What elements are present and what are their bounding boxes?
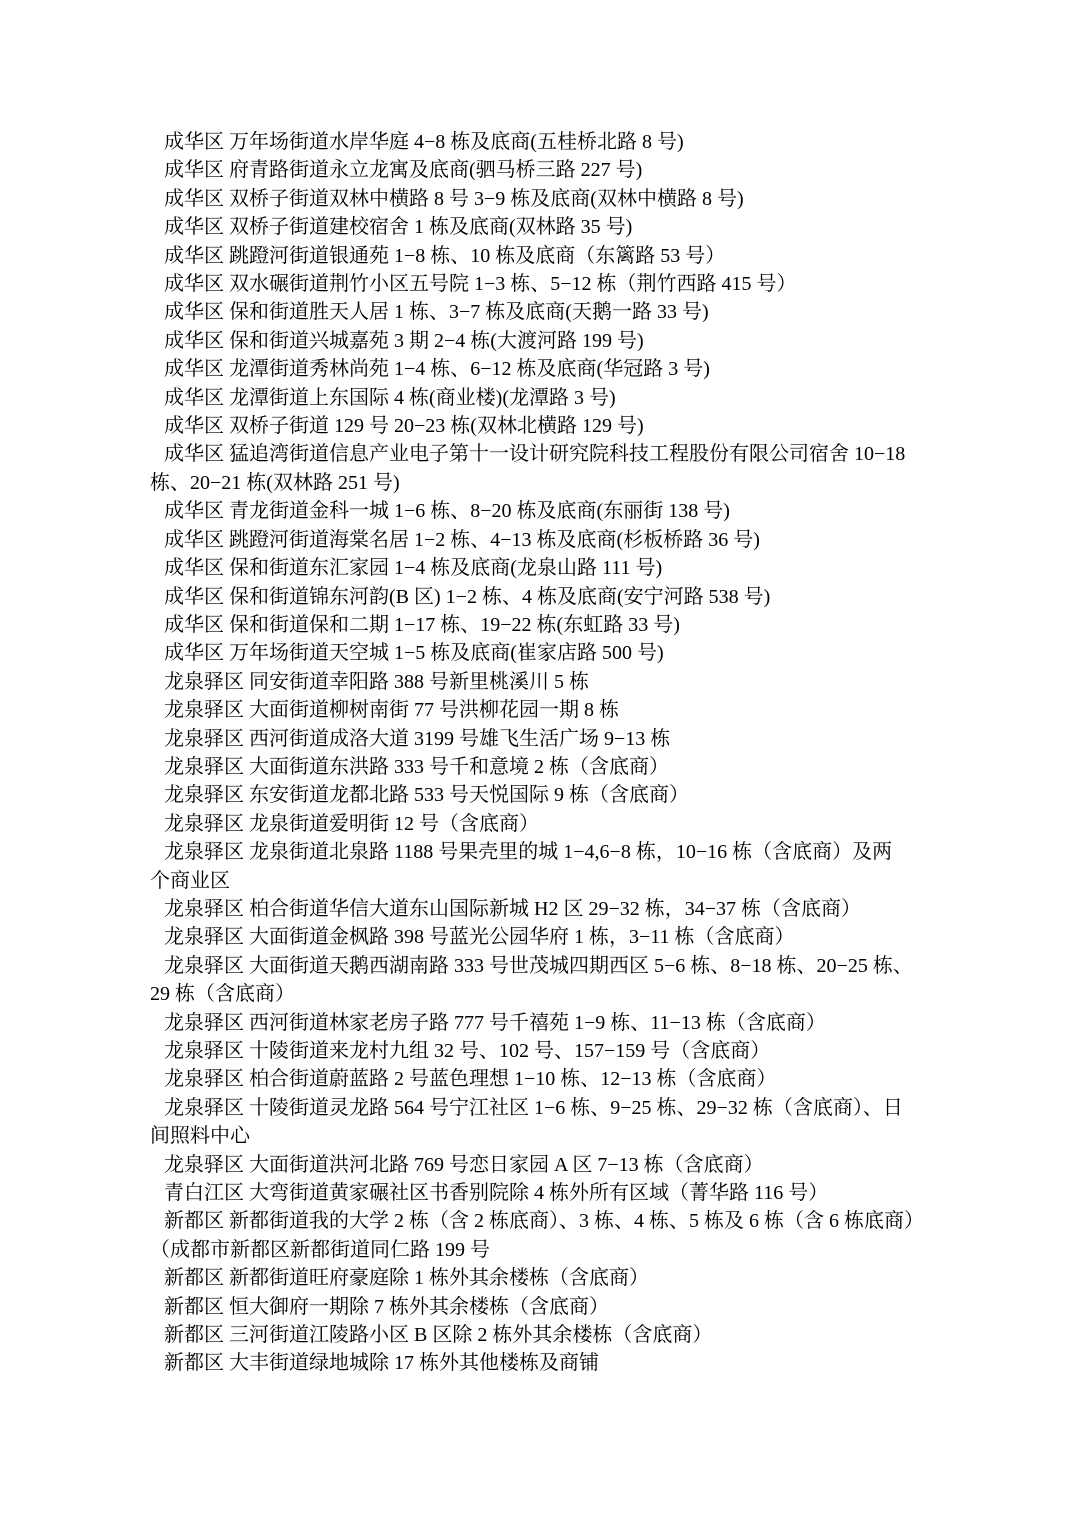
list-entry: 成华区 府青路街道永立龙寓及底商(驷马桥三路 227 号): [150, 156, 950, 184]
entry-text-continued: 间照料中心: [150, 1125, 250, 1147]
list-entry: 成华区 双桥子街道双林中横路 8 号 3−9 栋及底商(双林中横路 8 号): [150, 185, 950, 213]
entry-district: 青白江区: [164, 1182, 244, 1204]
entry-district: 成华区: [164, 216, 224, 238]
entry-text: 恒大御府一期除 7 栋外其余楼栋（含底商）: [229, 1296, 609, 1318]
entry-district: 成华区: [164, 188, 224, 210]
list-entry: 龙泉驿区 大面街道天鹅西湖南路 333 号世茂城四期西区 5−6 栋、8−18 …: [150, 952, 950, 1009]
list-entry: 龙泉驿区 大面街道洪河北路 769 号恋日家园 A 区 7−13 栋（含底商）: [150, 1151, 950, 1179]
entry-text: 新都街道旺府豪庭除 1 栋外其余楼栋（含底商）: [229, 1267, 649, 1289]
list-entry: 龙泉驿区 十陵街道来龙村九组 32 号、102 号、157−159 号（含底商）: [150, 1037, 950, 1065]
list-entry: 成华区 龙潭街道上东国际 4 栋(商业楼)(龙潭路 3 号): [150, 384, 950, 412]
list-entry: 龙泉驿区 大面街道柳树南街 77 号洪柳花园一期 8 栋: [150, 696, 950, 724]
entry-text: 猛追湾街道信息产业电子第十一设计研究院科技工程股份有限公司宿舍 10−18: [229, 443, 905, 465]
entry-text: 大面街道金枫路 398 号蓝光公园华府 1 栋，3−11 栋（含底商）: [249, 926, 795, 948]
entry-text: 龙泉街道爱明街 12 号（含底商）: [249, 813, 539, 835]
entry-text: 大面街道洪河北路 769 号恋日家园 A 区 7−13 栋（含底商）: [249, 1154, 764, 1176]
entry-district: 成华区: [164, 358, 224, 380]
entry-text: 万年场街道天空城 1−5 栋及底商(崔家店路 500 号): [229, 642, 664, 664]
list-entry: 新都区 新都街道旺府豪庭除 1 栋外其余楼栋（含底商）: [150, 1264, 950, 1292]
list-entry: 成华区 双水碾街道荆竹小区五号院 1−3 栋、5−12 栋（荆竹西路 415 号…: [150, 270, 950, 298]
entry-district: 新都区: [164, 1210, 224, 1232]
list-entry: 成华区 跳蹬河街道银通苑 1−8 栋、10 栋及底商（东篱路 53 号）: [150, 242, 950, 270]
entry-text: 万年场街道水岸华庭 4−8 栋及底商(五桂桥北路 8 号): [229, 131, 684, 153]
entry-district: 龙泉驿区: [164, 813, 244, 835]
entry-text: 大丰街道绿地城除 17 栋外其他楼栋及商铺: [229, 1352, 599, 1374]
entry-text-continued: 29 栋（含底商）: [150, 983, 295, 1005]
entry-district: 成华区: [164, 330, 224, 352]
entry-text: 三河街道江陵路小区 B 区除 2 栋外其余楼栋（含底商）: [229, 1324, 712, 1346]
entry-text-continued: （成都市新都区新都街道同仁路 199 号: [150, 1239, 490, 1261]
list-entry: 龙泉驿区 柏合街道蔚蓝路 2 号蓝色理想 1−10 栋、12−13 栋（含底商）: [150, 1065, 950, 1093]
entry-district: 龙泉驿区: [164, 926, 244, 948]
list-entry: 成华区 双桥子街道建校宿舍 1 栋及底商(双林路 35 号): [150, 213, 950, 241]
list-entry: 龙泉驿区 大面街道东洪路 333 号千和意境 2 栋（含底商）: [150, 753, 950, 781]
entry-district: 新都区: [164, 1352, 224, 1374]
list-entry: 成华区 保和街道保和二期 1−17 栋、19−22 栋(东虹路 33 号): [150, 611, 950, 639]
entry-district: 成华区: [164, 557, 224, 579]
entry-district: 成华区: [164, 443, 224, 465]
list-entry: 新都区 新都街道我的大学 2 栋（含 2 栋底商）、3 栋、4 栋、5 栋及 6…: [150, 1207, 950, 1264]
entry-text-continued: 个商业区: [150, 870, 230, 892]
entry-district: 成华区: [164, 301, 224, 323]
entry-district: 成华区: [164, 131, 224, 153]
entry-text: 龙泉街道北泉路 1188 号果壳里的城 1−4,6−8 栋，10−16 栋（含底…: [249, 841, 892, 863]
entry-text: 跳蹬河街道银通苑 1−8 栋、10 栋及底商（东篱路 53 号）: [229, 245, 725, 267]
entry-text: 双水碾街道荆竹小区五号院 1−3 栋、5−12 栋（荆竹西路 415 号）: [229, 273, 797, 295]
list-entry: 龙泉驿区 西河街道成洛大道 3199 号雄飞生活广场 9−13 栋: [150, 725, 950, 753]
list-entry: 龙泉驿区 柏合街道华信大道东山国际新城 H2 区 29−32 栋，34−37 栋…: [150, 895, 950, 923]
entry-text: 柏合街道华信大道东山国际新城 H2 区 29−32 栋，34−37 栋（含底商）: [249, 898, 861, 920]
list-entry: 成华区 龙潭街道秀林尚苑 1−4 栋、6−12 栋及底商(华冠路 3 号): [150, 355, 950, 383]
entry-text: 大面街道东洪路 333 号千和意境 2 栋（含底商）: [249, 756, 669, 778]
entry-district: 新都区: [164, 1324, 224, 1346]
entry-text: 龙潭街道上东国际 4 栋(商业楼)(龙潭路 3 号): [229, 387, 616, 409]
entry-text: 跳蹬河街道海棠名居 1−2 栋、4−13 栋及底商(杉板桥路 36 号): [229, 529, 760, 551]
entry-text-continued: 栋、20−21 栋(双林路 251 号): [150, 472, 400, 494]
entry-district: 龙泉驿区: [164, 756, 244, 778]
entry-text: 新都街道我的大学 2 栋（含 2 栋底商）、3 栋、4 栋、5 栋及 6 栋（含…: [229, 1210, 924, 1232]
list-entry: 成华区 双桥子街道 129 号 20−23 栋(双林北横路 129 号): [150, 412, 950, 440]
list-entry: 龙泉驿区 大面街道金枫路 398 号蓝光公园华府 1 栋，3−11 栋（含底商）: [150, 923, 950, 951]
list-entry: 龙泉驿区 同安街道幸阳路 388 号新里桃溪川 5 栋: [150, 668, 950, 696]
entry-text: 大面街道柳树南街 77 号洪柳花园一期 8 栋: [249, 699, 619, 721]
entry-text: 府青路街道永立龙寓及底商(驷马桥三路 227 号): [229, 159, 642, 181]
entry-text: 十陵街道灵龙路 564 号宁江社区 1−6 栋、9−25 栋、29−32 栋（含…: [249, 1097, 903, 1119]
list-entry: 新都区 大丰街道绿地城除 17 栋外其他楼栋及商铺: [150, 1349, 950, 1377]
entry-text: 龙潭街道秀林尚苑 1−4 栋、6−12 栋及底商(华冠路 3 号): [229, 358, 710, 380]
entry-district: 成华区: [164, 273, 224, 295]
entry-district: 成华区: [164, 159, 224, 181]
entry-text: 保和街道兴城嘉苑 3 期 2−4 栋(大渡河路 199 号): [229, 330, 644, 352]
entry-text: 西河街道成洛大道 3199 号雄飞生活广场 9−13 栋: [249, 728, 670, 750]
entry-district: 龙泉驿区: [164, 728, 244, 750]
list-entry: 成华区 猛追湾街道信息产业电子第十一设计研究院科技工程股份有限公司宿舍 10−1…: [150, 440, 950, 497]
entry-district: 龙泉驿区: [164, 955, 244, 977]
entry-district: 龙泉驿区: [164, 1040, 244, 1062]
entry-district: 龙泉驿区: [164, 1068, 244, 1090]
entry-list: 成华区 万年场街道水岸华庭 4−8 栋及底商(五桂桥北路 8 号) 成华区 府青…: [150, 128, 950, 1378]
entry-text: 双桥子街道双林中横路 8 号 3−9 栋及底商(双林中横路 8 号): [229, 188, 744, 210]
entry-text: 柏合街道蔚蓝路 2 号蓝色理想 1−10 栋、12−13 栋（含底商）: [249, 1068, 777, 1090]
entry-district: 龙泉驿区: [164, 671, 244, 693]
list-entry: 龙泉驿区 西河街道林家老房子路 777 号千禧苑 1−9 栋、11−13 栋（含…: [150, 1009, 950, 1037]
entry-district: 成华区: [164, 529, 224, 551]
entry-text: 东安街道龙都北路 533 号天悦国际 9 栋（含底商）: [249, 784, 689, 806]
entry-district: 成华区: [164, 245, 224, 267]
list-entry: 龙泉驿区 龙泉街道北泉路 1188 号果壳里的城 1−4,6−8 栋，10−16…: [150, 838, 950, 895]
entry-text: 保和街道锦东河韵(B 区) 1−2 栋、4 栋及底商(安宁河路 538 号): [229, 586, 770, 608]
entry-district: 成华区: [164, 642, 224, 664]
entry-text: 同安街道幸阳路 388 号新里桃溪川 5 栋: [249, 671, 589, 693]
list-entry: 新都区 恒大御府一期除 7 栋外其余楼栋（含底商）: [150, 1293, 950, 1321]
entry-district: 龙泉驿区: [164, 1154, 244, 1176]
list-entry: 青白江区 大弯街道黄家碾社区书香别院除 4 栋外所有区域（菁华路 116 号）: [150, 1179, 950, 1207]
entry-district: 成华区: [164, 387, 224, 409]
entry-text: 保和街道保和二期 1−17 栋、19−22 栋(东虹路 33 号): [229, 614, 680, 636]
entry-district: 龙泉驿区: [164, 898, 244, 920]
entry-district: 龙泉驿区: [164, 699, 244, 721]
entry-district: 成华区: [164, 586, 224, 608]
list-entry: 成华区 保和街道兴城嘉苑 3 期 2−4 栋(大渡河路 199 号): [150, 327, 950, 355]
entry-text: 双桥子街道建校宿舍 1 栋及底商(双林路 35 号): [229, 216, 632, 238]
list-entry: 成华区 保和街道锦东河韵(B 区) 1−2 栋、4 栋及底商(安宁河路 538 …: [150, 583, 950, 611]
list-entry: 成华区 万年场街道天空城 1−5 栋及底商(崔家店路 500 号): [150, 639, 950, 667]
entry-text: 双桥子街道 129 号 20−23 栋(双林北横路 129 号): [229, 415, 644, 437]
list-entry: 成华区 青龙街道金科一城 1−6 栋、8−20 栋及底商(东丽街 138 号): [150, 497, 950, 525]
entry-district: 龙泉驿区: [164, 841, 244, 863]
entry-district: 新都区: [164, 1267, 224, 1289]
entry-district: 成华区: [164, 415, 224, 437]
entry-district: 成华区: [164, 614, 224, 636]
list-entry: 龙泉驿区 十陵街道灵龙路 564 号宁江社区 1−6 栋、9−25 栋、29−3…: [150, 1094, 950, 1151]
entry-district: 成华区: [164, 500, 224, 522]
entry-text: 大弯街道黄家碾社区书香别院除 4 栋外所有区域（菁华路 116 号）: [249, 1182, 828, 1204]
entry-text: 保和街道胜天人居 1 栋、3−7 栋及底商(天鹅一路 33 号): [229, 301, 709, 323]
list-entry: 龙泉驿区 东安街道龙都北路 533 号天悦国际 9 栋（含底商）: [150, 781, 950, 809]
entry-text: 大面街道天鹅西湖南路 333 号世茂城四期西区 5−6 栋、8−18 栋、20−…: [249, 955, 913, 977]
entry-text: 西河街道林家老房子路 777 号千禧苑 1−9 栋、11−13 栋（含底商）: [249, 1012, 826, 1034]
list-entry: 成华区 保和街道胜天人居 1 栋、3−7 栋及底商(天鹅一路 33 号): [150, 298, 950, 326]
entry-district: 龙泉驿区: [164, 1012, 244, 1034]
list-entry: 成华区 跳蹬河街道海棠名居 1−2 栋、4−13 栋及底商(杉板桥路 36 号): [150, 526, 950, 554]
entry-district: 新都区: [164, 1296, 224, 1318]
entry-district: 龙泉驿区: [164, 1097, 244, 1119]
list-entry: 新都区 三河街道江陵路小区 B 区除 2 栋外其余楼栋（含底商）: [150, 1321, 950, 1349]
list-entry: 成华区 保和街道东汇家园 1−4 栋及底商(龙泉山路 111 号): [150, 554, 950, 582]
entry-text: 保和街道东汇家园 1−4 栋及底商(龙泉山路 111 号): [229, 557, 662, 579]
entry-text: 青龙街道金科一城 1−6 栋、8−20 栋及底商(东丽街 138 号): [229, 500, 730, 522]
list-entry: 龙泉驿区 龙泉街道爱明街 12 号（含底商）: [150, 810, 950, 838]
list-entry: 成华区 万年场街道水岸华庭 4−8 栋及底商(五桂桥北路 8 号): [150, 128, 950, 156]
entry-text: 十陵街道来龙村九组 32 号、102 号、157−159 号（含底商）: [249, 1040, 770, 1062]
entry-district: 龙泉驿区: [164, 784, 244, 806]
